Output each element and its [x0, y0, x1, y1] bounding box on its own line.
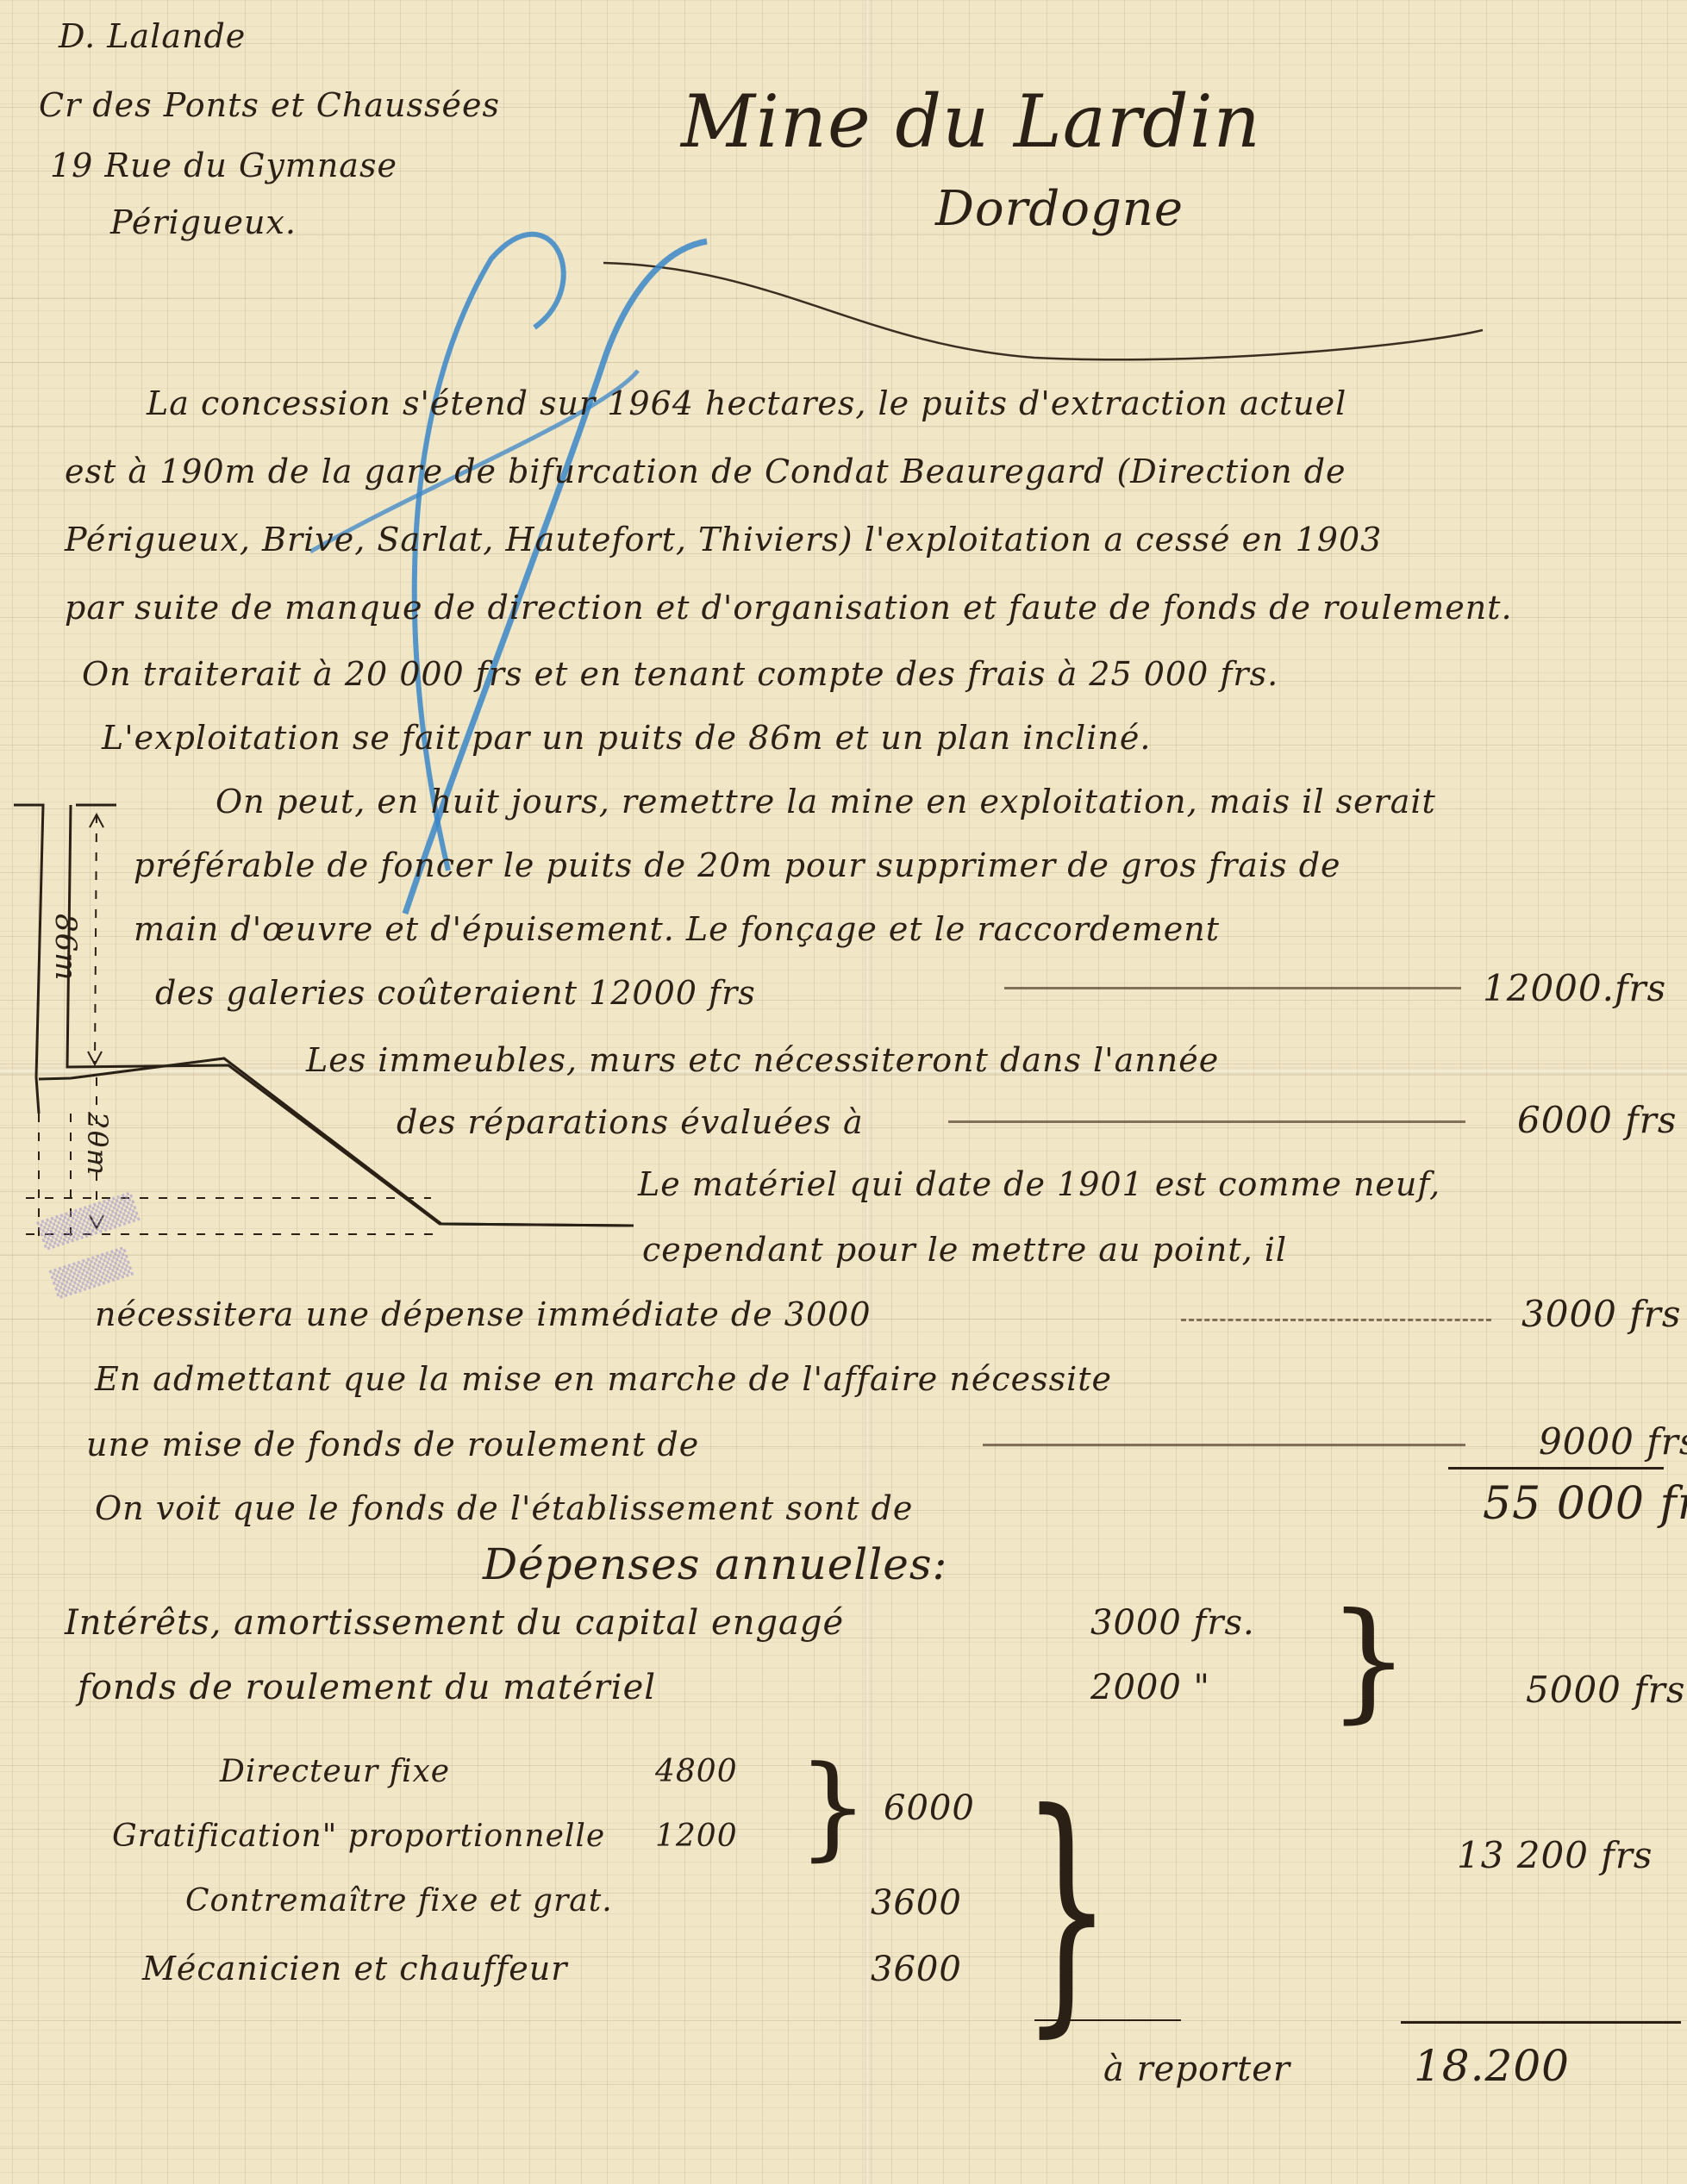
- expense-label: Mécanicien et chauffeur: [142, 1950, 567, 1987]
- body-line: est à 190m de la gare de bifurcation de …: [65, 452, 1346, 490]
- body-line: par suite de manque de direction et d'or…: [65, 589, 1513, 627]
- leader-line: [983, 1444, 1465, 1446]
- leader-line: [1004, 987, 1461, 989]
- expense-sub-total: 6000: [884, 1788, 975, 1828]
- body-line: une mise de fonds de roulement de: [86, 1426, 699, 1463]
- expense-value: 1200: [655, 1819, 738, 1854]
- amount-fonds-roulement: 9000 frs: [1539, 1420, 1687, 1463]
- expense-label: Intérêts, amortissement du capital engag…: [65, 1603, 844, 1643]
- carry-label: à reporter: [1103, 2050, 1290, 2089]
- leader-line: [948, 1120, 1465, 1123]
- right-brace-icon: }: [797, 1741, 869, 1872]
- body-line: On voit que le fonds de l'établissement …: [95, 1489, 913, 1527]
- amount-galeries: 12000.frs: [1483, 967, 1666, 1009]
- carry-rule: [1034, 2019, 1181, 2021]
- body-line: La concession s'étend sur 1964 hectares,…: [147, 384, 1346, 422]
- body-line: L'exploitation se fait par un puits de 8…: [102, 719, 1151, 757]
- body-line: Périgueux, Brive, Sarlat, Hautefort, Thi…: [65, 521, 1382, 558]
- right-brace-icon: }: [1022, 1758, 1112, 2059]
- right-brace-icon: }: [1328, 1586, 1409, 1736]
- body-line: Le matériel qui date de 1901 est comme n…: [638, 1165, 1440, 1203]
- amount-materiel: 3000 frs: [1521, 1293, 1681, 1335]
- amount-reparations: 6000 frs: [1517, 1099, 1677, 1141]
- expense-label: Gratification" proportionnelle: [112, 1819, 605, 1854]
- body-line: nécessitera une dépense immédiate de 300…: [95, 1295, 872, 1333]
- ink-stamp: ▒▒▒▒: [49, 1247, 134, 1301]
- body-line: En admettant que la mise en marche de l'…: [95, 1360, 1112, 1398]
- body-line: cependant pour le mettre au point, il: [642, 1231, 1287, 1269]
- expense-value: 2000 ": [1090, 1668, 1210, 1707]
- expense-label: fonds de roulement du matériel: [78, 1668, 656, 1707]
- expense-label: Directeur fixe: [220, 1754, 450, 1789]
- expenses-heading: Dépenses annuelles:: [483, 1539, 947, 1589]
- amount-total-etablissement: 55 000 frs: [1483, 1478, 1687, 1530]
- expense-group1-total: 5000 frs: [1526, 1669, 1685, 1711]
- diagram-label-shaft-depth: 86m: [48, 914, 83, 982]
- leader-line: [1181, 1319, 1491, 1321]
- carry-rule: [1401, 2021, 1681, 2024]
- carry-total: 18.200: [1414, 2041, 1570, 2091]
- expense-value: 3000 frs.: [1090, 1603, 1255, 1643]
- expense-group2-total: 13 200 frs: [1457, 1834, 1653, 1876]
- sum-rule: [1448, 1467, 1664, 1470]
- letter-page: D. Lalande Cr des Ponts et Chaussées 19 …: [0, 0, 1687, 2184]
- expense-value: 3600: [871, 1883, 962, 1923]
- expense-value-corrected: 4800: [655, 1754, 738, 1789]
- expense-value: 3600: [871, 1950, 962, 1989]
- body-line: On traiterait à 20 000 frs et en tenant …: [82, 655, 1278, 693]
- diagram-label-deepening: 20m: [81, 1112, 114, 1176]
- expense-label: Contremaître fixe et grat.: [185, 1883, 613, 1919]
